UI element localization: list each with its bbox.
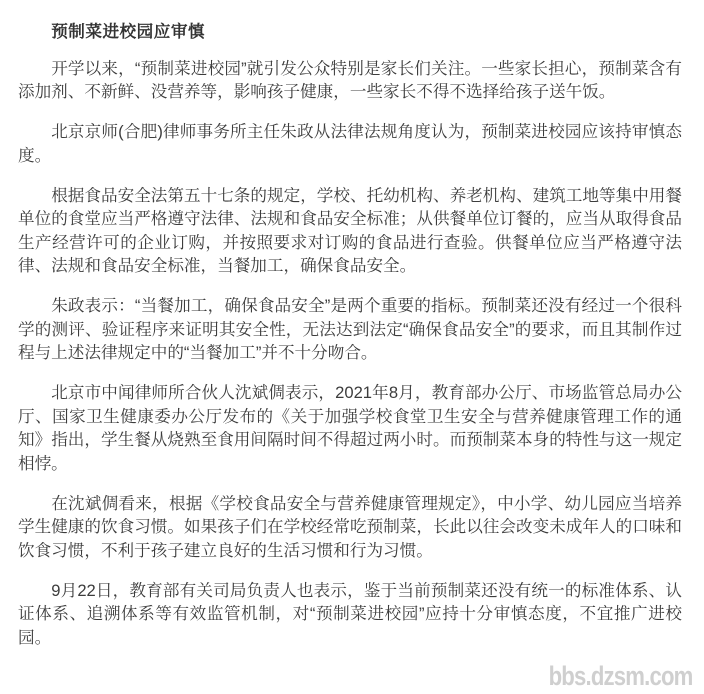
paragraph-lawyer-zhuzheng-view: 北京京师(合肥)律师事务所主任朱政从法律法规角度认为，预制菜进校园应该持审慎态度…: [18, 120, 682, 167]
paragraph-intro: 开学以来，“预制菜进校园”就引发公众特别是家长们关注。一些家长担心，预制菜含有添…: [18, 57, 682, 104]
paragraph-food-safety-law: 根据食品安全法第五十七条的规定，学校、托幼机构、养老机构、建筑工地等集中用餐单位…: [18, 184, 682, 278]
paragraph-zhuzheng-quote: 朱政表示：“当餐加工，确保食品安全”是两个重要的指标。预制菜还没有经过一个很科学…: [18, 294, 682, 365]
article-title: 预制菜进校园应审慎: [18, 20, 684, 44]
paragraph-shenbinti-habits: 在沈斌倜看来，根据《学校食品安全与营养健康管理规定》，中小学、幼儿园应当培养学生…: [18, 492, 682, 563]
paragraph-ministry-statement: 9月22日，教育部有关司局负责人也表示，鉴于当前预制菜还没有统一的标准体系、认证…: [18, 579, 682, 650]
paragraph-shenbinti-notice: 北京市中闻律师所合伙人沈斌倜表示，2021年8月，教育部办公厅、市场监管总局办公…: [18, 381, 682, 475]
watermark-text: bbs.dzsm.com: [549, 661, 693, 692]
article-body: 预制菜进校园应审慎 开学以来，“预制菜进校园”就引发公众特别是家长们关注。一些家…: [0, 0, 704, 649]
